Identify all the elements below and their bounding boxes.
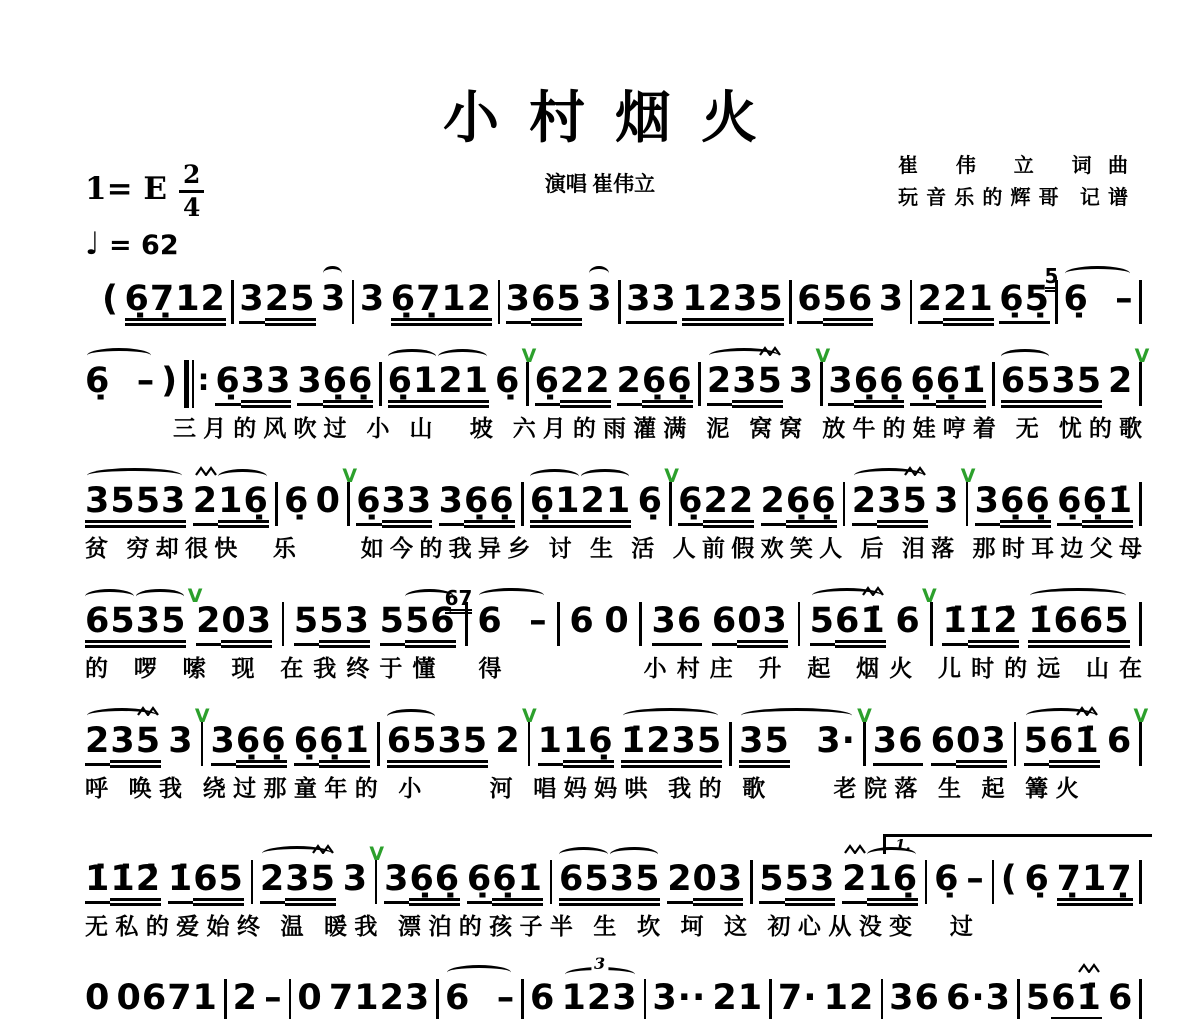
beam-segment: 33 [241, 364, 292, 408]
beam-segment: ) [161, 364, 178, 403]
beam-segment: 0 [316, 484, 341, 523]
note-group: 0 [604, 588, 629, 643]
note-group: 203 [667, 846, 743, 906]
barline [798, 602, 801, 646]
note-group: 2 [233, 965, 258, 1019]
note-group: – [966, 846, 985, 901]
note-group: 0 [297, 965, 322, 1019]
beam-segment: 16̣ [867, 862, 918, 906]
note-group: 36̣6̣ [828, 348, 904, 408]
beam-segment: 65 [85, 604, 136, 648]
beam-segment: 2 [495, 724, 520, 763]
beam-segment: 2 [667, 862, 692, 904]
slur-arc [1001, 349, 1050, 364]
barline [436, 979, 439, 1019]
beam-segment: 16̣ [563, 724, 614, 768]
note-group: 26̣6̣ [761, 468, 837, 528]
notes-row: 006712–071236 –631233··217·12366·3561̇6 [85, 965, 1142, 1019]
beam-segment: 6 [1107, 724, 1132, 763]
beam-segment: 2 [233, 981, 258, 1019]
beam-segment: 6̣ – [85, 364, 155, 403]
beam-segment: 03 [956, 724, 1007, 768]
breath-mark: V [369, 845, 384, 864]
barline [881, 979, 884, 1019]
beam-segment: 0 [297, 981, 322, 1019]
composer-credits: 崔 伟 立 词曲 玩音乐的辉哥 记谱 [898, 150, 1128, 214]
grace-note: 5 [1045, 266, 1059, 292]
beam-segment: 1̇665 [1028, 604, 1129, 648]
tremolo-icon [844, 844, 866, 854]
beam-segment: 6 – [477, 604, 547, 643]
barline [966, 482, 969, 526]
beam-segment: 6̣6̣ [786, 484, 837, 528]
barline [698, 362, 701, 406]
beam-segment: 1̇ [85, 862, 110, 904]
note-group: 7̣17̣ [1057, 846, 1133, 906]
beam-segment: 6̣6̣ [854, 364, 905, 408]
barline [910, 280, 913, 324]
beam-segment: 6̣ [934, 862, 959, 901]
repeat-dots: : [197, 366, 209, 396]
breath-mark: V [664, 467, 679, 486]
beam-segment: 6̣ [284, 484, 309, 523]
beam-segment: 3 [439, 484, 464, 526]
note-group: 26̣6̣ [617, 348, 693, 408]
beam-segment: 03 [737, 604, 788, 648]
barline [618, 280, 621, 324]
beam-segment: 53 [785, 862, 836, 906]
note-group: 553 [294, 588, 370, 648]
quarter-note-icon: ♩ [85, 226, 100, 262]
repeat-thick-bar [184, 360, 189, 408]
beam-segment: 35 [610, 862, 661, 906]
beam-segment: 35 [437, 724, 488, 768]
transcriber-line: 玩音乐的辉哥 记谱 [898, 182, 1128, 214]
breath-mark: V [922, 587, 937, 606]
barline [528, 722, 531, 766]
note-group: 35 3·V [739, 708, 856, 768]
note-group: 216̣ [193, 468, 269, 528]
beam-segment: 6̣1̇ [492, 862, 543, 906]
barline [526, 362, 529, 406]
barline [1014, 722, 1017, 766]
beam-segment: 6̣6̣ [409, 862, 460, 906]
beam-segment: 6̣ [215, 364, 240, 406]
note-group: 33 [626, 266, 677, 324]
beam-segment: 6̣6̣ [642, 364, 693, 408]
note-group: 6̣ [284, 468, 309, 523]
slur-arc [388, 349, 437, 364]
note-group: 6̣6̣1̇ [910, 348, 986, 408]
beam-segment: 6̣ [1057, 484, 1082, 526]
note-group: 6 [1108, 965, 1133, 1019]
barline [375, 860, 378, 904]
beam-segment: 1235 [682, 282, 783, 326]
beam-segment: 56 [823, 282, 874, 326]
beam-segment: 2 [196, 604, 221, 646]
barline [1139, 280, 1142, 324]
breath-mark: V [522, 707, 537, 726]
note-group: 6̣6̣1̇ [1057, 468, 1133, 528]
note-group: 116̣ [538, 708, 614, 768]
barline [863, 722, 866, 766]
barline [750, 860, 753, 904]
note-group: 3 [587, 266, 612, 321]
note-group: 603 [931, 708, 1007, 768]
beam-segment: 6̣ [1025, 862, 1050, 901]
beam-segment: 5 [294, 604, 319, 646]
beam-segment: 22 [703, 484, 754, 528]
slur-arc [581, 469, 630, 484]
note-group: 235 [85, 708, 161, 768]
beam-segment: 16̣ [218, 484, 269, 528]
beam-segment: 3 [506, 282, 531, 324]
beam-segment: 6̣6̣ [323, 364, 374, 408]
beam-segment: 6̣7̣12 [125, 282, 226, 326]
note-group: ( [1001, 846, 1018, 901]
beam-segment: ( [1001, 862, 1018, 901]
barline [769, 979, 772, 1019]
note-group: 656 [797, 266, 873, 326]
note-group: 1̇235 [621, 708, 722, 768]
beam-segment: 03 [221, 604, 272, 648]
tremolo-icon [1076, 706, 1098, 716]
beam-segment: 6̣ [535, 364, 560, 406]
beam-segment: 35 [1051, 364, 1102, 408]
note-group: 561̇ [1026, 965, 1102, 1019]
beam-segment: 65 [559, 862, 610, 906]
notes-row: 2353V36̣6̣6̣6̣1̇65352V116̣1̇23535 3·V366… [85, 708, 1142, 768]
barline [1139, 482, 1142, 526]
note-group: 561̇ [1024, 708, 1100, 768]
system-line-1: (6̣7̣12325336̣7̣12365333123565632216̣5̣5… [102, 266, 1142, 326]
barline [379, 362, 382, 406]
beam-segment: 2 [761, 484, 786, 526]
note-group: 36̣6̣ [384, 846, 460, 906]
beam-segment: 12 [824, 981, 875, 1019]
barline [498, 280, 501, 324]
note-group: 1̇1̇2̇ [942, 588, 1018, 648]
note-group: 3 [879, 266, 904, 321]
lyrics-line: 的 啰 嗦 现 在我终于懂 得 小村庄 升 起 烟火 儿时的远 山在 [85, 650, 1142, 683]
beam-segment: 6̣ – [1063, 282, 1133, 321]
triplet-number: 3 [591, 956, 608, 972]
barline [729, 722, 732, 766]
note-group: 6̣33 [215, 348, 291, 408]
note-group: 7123 [329, 965, 430, 1019]
note-group: 6̣33 [356, 468, 432, 528]
note-group: 676 – [477, 588, 547, 643]
note-group: 36̣6̣ [975, 468, 1051, 528]
beam-segment: 3 [168, 724, 193, 763]
beam-segment: 1̇ [168, 862, 193, 904]
beam-segment: 5 [1024, 724, 1049, 766]
notes-row: 6535V203553556676 –6036603561̇6V1̇1̇2̇1̇… [85, 588, 1142, 648]
beam-segment: 6̣ [356, 484, 381, 526]
barline [201, 722, 204, 766]
breath-mark: V [195, 707, 210, 726]
barline [1139, 362, 1142, 406]
note-group: 2V [1108, 348, 1133, 403]
note-group: 6̣7̣12 [125, 266, 226, 326]
slur-arc [438, 349, 487, 364]
barline [224, 979, 227, 1019]
barline [377, 722, 380, 766]
barline [992, 860, 995, 904]
beam-segment: 03 [693, 862, 744, 906]
barline [289, 979, 292, 1019]
beam-segment: 6̣1 [388, 364, 439, 408]
note-group: 6̣121 [530, 468, 631, 528]
tremolo-icon [195, 466, 217, 476]
beam-segment: 3 [828, 364, 853, 406]
note-group: 3V [789, 348, 814, 403]
barline [231, 280, 234, 324]
beam-segment: 6̣1̇ [1082, 484, 1133, 528]
barline [992, 362, 995, 406]
note-group: 3123 [562, 965, 638, 1019]
barline [1139, 860, 1142, 904]
note-group: 235 [707, 348, 783, 408]
beam-segment: 0 [85, 981, 110, 1019]
note-group: 6̣6̣1̇ [467, 846, 543, 906]
lyrics-line: 三月的风吹过 小 山 坡 六月的雨灌满 泥 窝窝 放牛的娃哼着 无 忧的歌 [173, 410, 1142, 443]
beam-segment: 6 [1108, 981, 1133, 1019]
beam-segment: 3 [211, 724, 236, 766]
beam-segment: 6 [712, 604, 737, 646]
note-group: 6̣22 [535, 348, 611, 408]
barline [669, 482, 672, 526]
notes-row: 6̣ –):6̣3336̣6̣6̣1216̣V6̣2226̣6̣2353V36̣… [85, 348, 1142, 408]
beam-segment: 3553 [85, 484, 186, 528]
beam-segment: 6̣ [638, 484, 663, 523]
note-group: 6V [1107, 708, 1132, 763]
note-group: 3V [343, 846, 368, 901]
beam-segment: 35 [732, 364, 783, 408]
beam-segment: 21 [943, 282, 994, 326]
beam-segment: 2 [85, 724, 110, 766]
note-group: 3 [360, 266, 385, 321]
composer-line: 崔 伟 立 词曲 [898, 150, 1128, 182]
beam-segment: 6̣5̣ [999, 282, 1050, 324]
beam-segment: 65 [193, 862, 244, 906]
system-line-2: 6̣ –):6̣3336̣6̣6̣1216̣V6̣2226̣6̣2353V36̣… [85, 348, 1142, 443]
slur-arc [136, 589, 185, 604]
note-group: 216̣ [842, 846, 918, 906]
notes-row: 3553216̣6̣0V6̣3336̣6̣6̣1216̣V6̣2226̣6̣23… [85, 468, 1142, 528]
tempo-value: = 62 [109, 230, 179, 261]
beam-segment: 6̣ [495, 364, 520, 403]
note-group: 6̣ – [85, 348, 155, 403]
beam-segment: 65 [531, 282, 582, 326]
slur-arc [559, 847, 608, 862]
note-group: 6̣121 [388, 348, 489, 408]
barline [789, 280, 792, 324]
system-line-5: 2353V36̣6̣6̣6̣1̇65352V116̣1̇23535 3·V366… [85, 708, 1142, 803]
note-group: 3·· [652, 965, 706, 1019]
beam-segment: 61̇ [835, 604, 886, 648]
breath-mark: V [857, 707, 872, 726]
repeat-start-barline: : [184, 360, 210, 408]
note-group: 365 [506, 266, 582, 326]
beam-segment: 3 [879, 282, 904, 321]
beam-segment: 5 [380, 604, 405, 646]
beam-segment: 36 [652, 604, 703, 646]
tremolo-icon [904, 466, 926, 476]
beam-segment: 6̣ [467, 862, 492, 904]
volta-bracket: 1. [883, 834, 1152, 854]
beam-segment: 0 [604, 604, 629, 643]
beam-segment: 1̇2̇ [110, 862, 161, 906]
beam-segment: 53 [319, 604, 370, 648]
beam-segment: 7123 [329, 981, 430, 1019]
barline [639, 602, 642, 646]
note-group: 36 [889, 965, 940, 1019]
barline [925, 860, 928, 904]
note-group: 553 [759, 846, 835, 906]
note-group: 36̣6̣ [211, 708, 287, 768]
volta-number: 1. [895, 838, 911, 853]
tremolo-icon [862, 586, 884, 596]
beam-segment: 6 [797, 282, 822, 324]
note-group: 21 [712, 965, 763, 1019]
note-group: ( [102, 266, 119, 321]
beam-segment: 21 [438, 364, 489, 408]
beam-segment: 3 [321, 282, 346, 321]
beam-segment: 3· [790, 724, 856, 763]
barline [352, 280, 355, 324]
note-group: 36 [873, 708, 924, 766]
beam-segment: 3 [975, 484, 1000, 526]
note-group: – [264, 965, 283, 1019]
tremolo-icon [312, 844, 334, 854]
barline [1017, 979, 1020, 1019]
beam-segment: 5 [1026, 981, 1051, 1019]
note-group: 6535V [85, 588, 186, 648]
breath-mark: V [1135, 347, 1150, 366]
barline [1139, 602, 1142, 646]
beam-segment: 3 [343, 862, 368, 901]
tremolo-icon [759, 346, 781, 356]
beam-segment: 6̣1 [530, 484, 581, 528]
beam-segment: 35 [110, 724, 161, 768]
note-group: 6̣ [934, 846, 959, 901]
slur-arc [387, 709, 436, 724]
beam-segment: 3 [239, 282, 264, 324]
beam-segment: 21 [581, 484, 632, 528]
beam-segment: ( [102, 282, 119, 321]
barline [521, 979, 524, 1019]
slur-arc [530, 469, 579, 484]
system-line-7: 006712–071236 –631233··217·12366·3561̇6 [85, 965, 1142, 1019]
beam-segment: 6̣1̇ [319, 724, 370, 768]
breath-mark: V [961, 467, 976, 486]
slur-arc [218, 469, 267, 484]
beam-segment: 6 [569, 604, 594, 643]
beam-segment: 2 [852, 484, 877, 526]
beam-segment: 61̇ [1051, 981, 1102, 1019]
slur-arc [85, 589, 134, 604]
beam-segment: 0671 [116, 981, 217, 1019]
note-group: 6̣V [638, 468, 663, 523]
note-group: ) [161, 348, 178, 403]
beam-segment: 7̣17̣ [1057, 862, 1133, 906]
beam-segment: 65 [387, 724, 438, 768]
note-group: 6̣V [495, 348, 520, 403]
beam-segment: 3 [384, 862, 409, 904]
note-group: 6̣6̣1̇ [294, 708, 370, 768]
beam-segment: 6̣6̣ [1000, 484, 1051, 528]
barline [275, 482, 278, 526]
note-group: 6̣7̣12 [391, 266, 492, 326]
system-line-4: 6535V203553556676 –6036603561̇6V1̇1̇2̇1̇… [85, 588, 1142, 683]
notes-row: (6̣7̣12325336̣7̣12365333123565632216̣5̣5… [102, 266, 1142, 326]
note-group: 0 [85, 965, 110, 1019]
system-line-6: 1̇1̇2̇1̇652353V36̣6̣6̣6̣1̇6535203553216̣… [85, 846, 1142, 941]
beam-segment: 6 – [445, 981, 515, 1019]
beam-segment: 6 [895, 604, 920, 643]
beam-segment: 36 [873, 724, 924, 766]
beam-segment: – [966, 862, 985, 901]
note-group: 603 [712, 588, 788, 648]
note-group: 1̇65 [168, 846, 244, 906]
note-group: 1235 [682, 266, 783, 326]
beam-segment: 35 [739, 724, 790, 768]
note-group: 56̣ – [1063, 266, 1133, 321]
barline [1139, 979, 1142, 1019]
beam-segment: 6 [931, 724, 956, 766]
note-group: 1̇665 [1028, 588, 1129, 648]
beam-segment: 35 [136, 604, 187, 648]
note-group: 1̇1̇2̇ [85, 846, 161, 906]
beam-segment: 1̇2̇ [968, 604, 1019, 648]
beam-segment: 6̣1̇ [936, 364, 987, 408]
note-group: 6̣ [1025, 846, 1050, 901]
system-line-3: 3553216̣6̣0V6̣3336̣6̣6̣1216̣V6̣2226̣6̣23… [85, 468, 1142, 563]
notes-row: 1̇1̇2̇1̇652353V36̣6̣6̣6̣1̇6535203553216̣… [85, 846, 1142, 906]
note-group: 203 [196, 588, 272, 648]
beam-segment: 6̣ [910, 364, 935, 406]
beam-segment: 35 [877, 484, 928, 528]
note-group: 221 [918, 266, 994, 326]
beam-segment: 6̣6̣ [464, 484, 515, 528]
beam-segment: 2 [1108, 364, 1133, 403]
barline [550, 860, 553, 904]
beam-segment: 21 [712, 981, 763, 1019]
song-title: 小村烟火 [0, 74, 1200, 154]
beam-segment: 33 [626, 282, 677, 324]
note-group: 6535 [559, 846, 660, 906]
note-group: 235 [852, 468, 928, 528]
note-group: 36̣6̣ [297, 348, 373, 408]
barline [557, 602, 560, 646]
note-group: 0671 [116, 965, 217, 1019]
beam-segment: 3 [587, 282, 612, 321]
tremolo-icon [137, 706, 159, 716]
beam-segment: 25 [265, 282, 316, 326]
note-group: 36̣6̣ [439, 468, 515, 528]
beam-segment: 6̣7̣12 [391, 282, 492, 326]
beam-segment: 6 [530, 981, 555, 1019]
beam-segment: 6̣ [294, 724, 319, 766]
tremolo-icon [1078, 963, 1100, 973]
note-group: 3553 [85, 468, 186, 528]
beam-segment: 36 [889, 981, 940, 1019]
barline [930, 602, 933, 646]
beam-segment: 5 [759, 862, 784, 904]
note-group: 6V [895, 588, 920, 643]
note-group: 6535 [1001, 348, 1102, 408]
